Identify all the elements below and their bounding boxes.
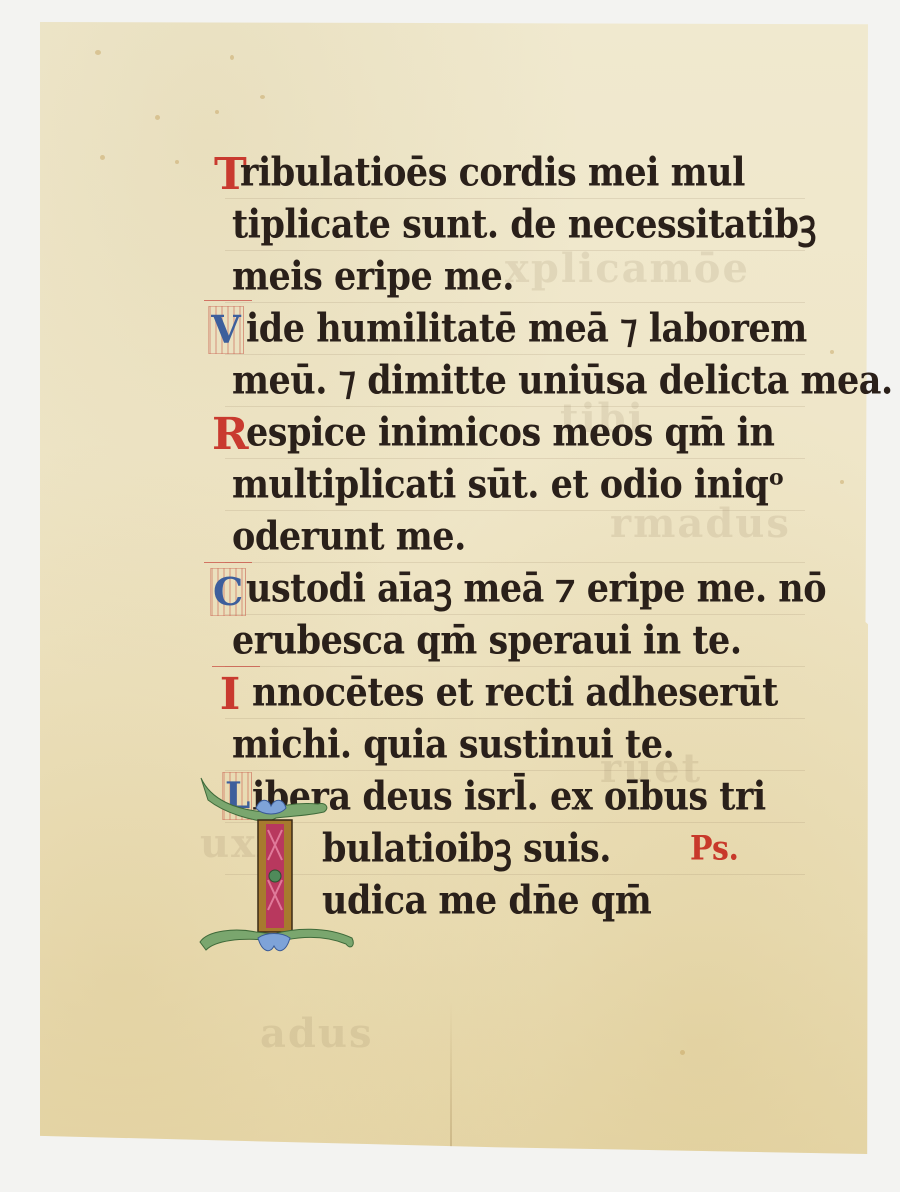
- text-line: erubesca qm̄ speraui in te.: [232, 617, 742, 666]
- parchment-fold: [450, 1002, 452, 1172]
- initial-v: V: [208, 306, 244, 354]
- ruling-line: [225, 614, 805, 615]
- ruling-line: [225, 458, 805, 459]
- ruling-line: [225, 354, 805, 355]
- foxing-spot: [680, 1050, 685, 1055]
- ruling-line: [225, 198, 805, 199]
- pen-flourish: [204, 300, 252, 301]
- foxing-spot: [100, 155, 105, 160]
- initial-c: C: [210, 568, 246, 616]
- ruling-line: [225, 666, 805, 667]
- foxing-spot: [260, 95, 265, 99]
- initial-r: R: [212, 412, 246, 458]
- text-line: bulatioibꝫ suis.: [322, 825, 611, 874]
- foxing-spot: [840, 480, 844, 484]
- text-line: tiplicate sunt. de necessitatibꝫ: [232, 201, 816, 250]
- text-line: oderunt me.: [232, 513, 466, 562]
- text-line: multiplicati sūt. et odio iniqᵒ: [232, 461, 784, 510]
- text-line: espice inimicos meos qm̄ in: [246, 409, 774, 458]
- text-line: nnocētes et recti adheserūt: [252, 669, 778, 718]
- text-line: meū. ⁊ dimitte uniūsa delicta mea.: [232, 357, 893, 406]
- pen-flourish: [212, 666, 260, 667]
- foxing-spot: [830, 350, 834, 354]
- text-line: meis eripe me.: [232, 253, 514, 302]
- text-line: ribulatioēs cordis mei mul: [240, 149, 745, 198]
- ruling-line: [225, 510, 805, 511]
- foxing-spot: [230, 55, 234, 60]
- foxing-spot: [215, 110, 219, 114]
- text-line: udica me dn̄e qm̄: [322, 877, 651, 926]
- text-line: ide humilitatē meā ⁊ laborem: [246, 305, 807, 354]
- pen-flourish: [204, 562, 252, 563]
- foxing-spot: [155, 115, 160, 120]
- initial-i: I: [216, 672, 244, 718]
- ruling-line: [225, 718, 805, 719]
- text-line: michi. quia sustinui te.: [232, 721, 674, 770]
- ruling-line: [225, 302, 805, 303]
- ruling-line: [225, 406, 805, 407]
- psalm-rubric: Ps.: [690, 825, 738, 874]
- text-line: ustodi aīaꝫ meā ⁊ eripe me. nō: [246, 565, 826, 614]
- ruling-line: [225, 250, 805, 251]
- ruling-line: [225, 562, 805, 563]
- foxing-spot: [95, 50, 101, 55]
- foxing-spot: [175, 160, 179, 164]
